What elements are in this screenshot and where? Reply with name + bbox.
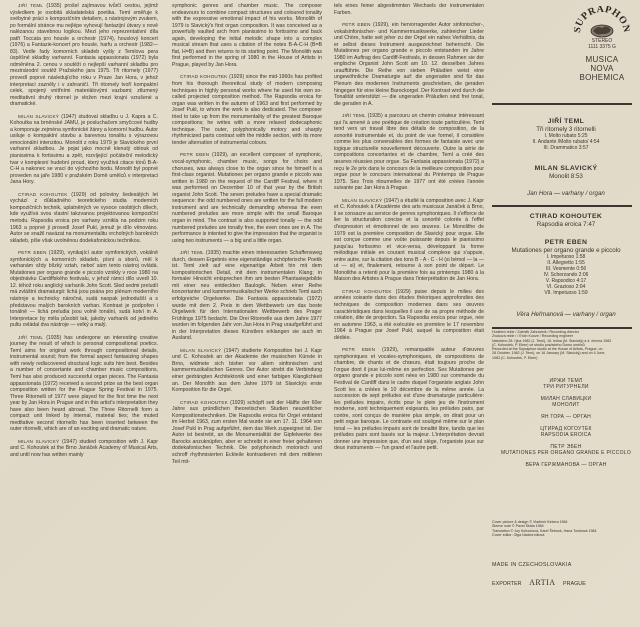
exporter-city: PRAGUE [563,581,586,587]
album-back-cover: JIŘÍ TEML (1935) prošel zajímavou tvůrčí… [0,0,640,627]
composer-lead: MILAN SLAVICKÝ [18,114,59,119]
composer-lead: PETR EBEN [342,347,375,352]
design-credits: Cover picture & design © Vladimír Kinter… [492,520,640,537]
work-title: Tři ritornely 3 ritornelli [492,126,640,133]
russian-titles: ИРЖИ ТЕМЛТРИ РИТУРНЕЛИ МИЛАН СЛАВИЦКИМОН… [492,378,640,468]
performer: Jan Hora — varhany / organ [492,190,640,197]
composer-lead: CTIRAD KOHOUTEK [180,74,227,79]
composer-lead: MILAN SLAVICKÝ [18,439,59,444]
track-listing-panel: SUPRAPHON STEREO 1111 3375 G MUSICA NOVA… [492,0,640,627]
movement: III. Drammatico 3:57 [492,145,640,151]
liner-note-paragraph: JIŘÍ TEML (1935) prošel zajímavou tvůrčí… [10,3,158,108]
liner-note-paragraph: PETR EBEN (1929), remarquable auteur d'œ… [334,347,484,452]
composer-lead: JIŘÍ TEML [18,3,43,8]
composer-lead: MILAN SLAVICKÝ [180,348,221,353]
russian-title-line: ВЕРА ГЕРЖМАНОВА — ОРГАН [492,462,640,468]
liner-note-paragraph: JIŘÍ TEML (1935) machte einen interessan… [172,250,322,342]
credit-line: Cover editor: Olga Nádvorníková [492,533,640,537]
recording-credits: Hudební režie / Zdeněk Zahradník / Recor… [492,330,640,360]
liner-note-paragraph: CTIRAD KOHOUTEK (1929) schöpft seit der … [172,400,322,465]
liner-note-paragraph: MILAN SLAVICKÝ (1947) studierte Komposit… [172,348,322,394]
liner-note-paragraph: CTIRAD KOHOUTEK (1929) od poloviny šedes… [10,192,158,244]
liner-notes-column-3: tels eines feiner abgestimmten Wechsels … [334,3,484,452]
liner-note-paragraph: tels eines feiner abgestimmten Wechsels … [334,3,484,16]
composer-lead: JIŘÍ TEML [18,335,43,340]
composer-lead: PETR EBEN [180,152,209,157]
performer: Věra Heřmanová — varhany / organ [492,311,640,318]
work-title: Mutationes per organo grande e piccolo [492,247,640,254]
program-kohoutek: CTIRAD KOHOUTEK Rapsodia eroica 7:47 [492,213,640,228]
program-eben: PETR EBEN Mutationes per organo grande e… [492,239,640,296]
divider [492,327,632,329]
divider [492,103,632,105]
liner-notes-column-1: JIŘÍ TEML (1935) prošel zajímavou tvůrčí… [10,3,158,459]
performer-hermanova: Věra Heřmanová — varhany / organ [492,311,640,318]
supraphon-logo-icon: SUPRAPHON [574,6,630,40]
liner-note-paragraph: CTIRAD KOHOUTEK (1929) puise depuis le m… [334,289,484,341]
series-line: BOHEMICA [570,73,634,82]
composer-lead: JIŘÍ TEML [180,250,204,255]
liner-note-paragraph: symphonic genres and chamber music. The … [172,3,322,68]
liner-note-paragraph: MILAN SLAVICKÝ (1947) a étudié la compos… [334,198,484,283]
liner-note-paragraph: PETR EBEN (1929), vynikající autor symfo… [10,250,158,329]
composer-lead: PETR EBEN [342,22,371,27]
program-teml: JIŘÍ TEML Tři ritornely 3 ritornelli I. … [492,118,640,151]
composer-name: JIŘÍ TEML [492,118,640,125]
composer-lead: MILAN SLAVICKÝ [342,198,382,203]
exporter-prefix: EXPORTER [492,581,522,587]
composer-lead: CTIRAD KOHOUTEK [18,192,68,197]
work-title: Monolit 8:53 [492,173,640,180]
composer-lead: CTIRAD KOHOUTEK [342,289,392,294]
composer-name: MILAN SLAVICKÝ [492,165,640,172]
performer-hora: Jan Hora — varhany / organ [492,190,640,197]
composer-name: PETR EBEN [492,239,640,246]
liner-note-paragraph: PETR EBEN (1929), ein hervorragender Aut… [334,22,484,107]
artia-logo: ARTIA [529,578,555,587]
liner-note-paragraph: JIŘÍ TEML (1935) a parcouru un chemin cr… [334,113,484,192]
liner-note-paragraph: MILAN SLAVICKÝ (1947) studoval skladbu u… [10,114,158,186]
composer-lead: PETR EBEN [18,250,47,255]
composer-lead: JIŘÍ TEML [342,113,366,118]
series-line: MUSICA [570,55,634,64]
program-slavicky: MILAN SLAVICKÝ Monolit 8:53 [492,165,640,180]
liner-note-paragraph: PETR EBEN (1929), an excellent composer … [172,152,322,244]
series-title: MUSICA NOVA BOHEMICA [570,55,634,82]
liner-note-paragraph: CTIRAD KOHOUTEK (1929) since the mid-196… [172,74,322,146]
divider [492,205,632,207]
liner-notes-column-2: symphonic genres and chamber music. The … [172,3,322,465]
exporter: EXPORTER ARTIA PRAGUE [492,578,640,587]
format-catalog: STEREO 1111 3375 G [574,38,630,50]
credit-line: 1983 (C. Kohoutek, P. Eben) [492,356,640,360]
composer-name: CTIRAD KOHOUTEK [492,213,640,220]
made-in: MADE IN CZECHOSLOVAKIA [492,562,640,568]
series-line: NOVA [570,64,634,73]
liner-note-paragraph: JIŘÍ TEML (1935) has undergone an intere… [10,335,158,433]
movement: VII. Impetuoso 1:59 [492,290,640,296]
catalog-number: 1111 3375 G [574,44,630,50]
work-title: Rapsodia eroica 7:47 [492,221,640,228]
composer-lead: CTIRAD KOHOUTEK [180,400,228,405]
liner-note-paragraph: MILAN SLAVICKÝ (1947) studied compositio… [10,439,158,459]
